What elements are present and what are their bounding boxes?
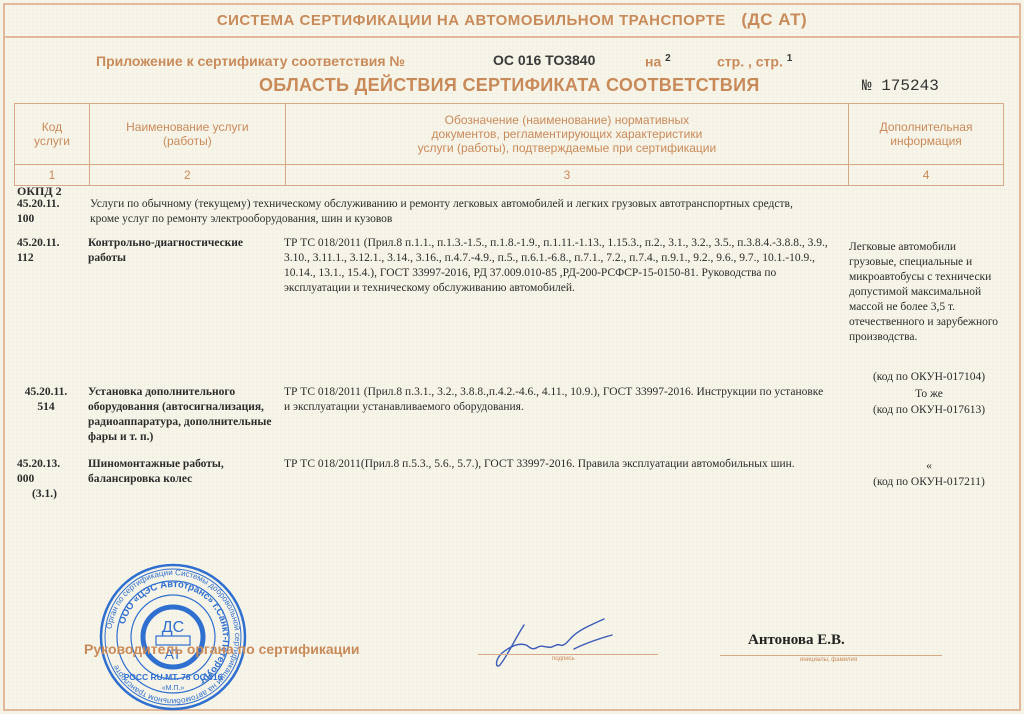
table-row-1-name: Контрольно-диагностические работы <box>88 236 273 266</box>
col3-l2: документов, регламентирующих характерист… <box>287 127 847 141</box>
page-label: стр. , стр. <box>717 54 783 70</box>
table-row-3-docs: ТР ТС 018/2011(Прил.8 п.5.3., 5.6., 5.7.… <box>284 457 824 472</box>
col-header-info: Дополнительная информация <box>849 104 1004 165</box>
appendix-label: Приложение к сертификату соответствия № <box>96 53 405 69</box>
col4-l1: Дополнительная <box>850 120 1002 134</box>
signature-caption: подпись <box>552 656 575 662</box>
col4-l2: информация <box>850 134 1002 148</box>
col-header-docs: Обозначение (наименование) нормативных д… <box>285 104 848 165</box>
table-row-0-code: 45.20.11. 100 <box>17 197 60 227</box>
table-row-2-code: 45.20.11. 514 <box>17 385 75 415</box>
col2-l2: (работы) <box>91 134 284 148</box>
seal-stamp-icon: Орган по сертификации Системы добровольн… <box>98 562 248 712</box>
signature-icon <box>486 617 616 669</box>
col2-l1: Наименование услуги <box>91 120 284 134</box>
table-row-2-info-code: (код по ОКУН-017613) <box>849 403 1009 418</box>
col-header-code: Код услуги <box>15 104 90 165</box>
table-header: Код услуги Наименование услуги (работы) … <box>14 103 1004 186</box>
table-row-1-info-code: (код по ОКУН-017104) <box>849 370 1009 385</box>
system-title: Система сертификации на автомобильном тр… <box>0 10 1024 30</box>
table-row-1-info: Легковые автомобили грузовые, специальны… <box>849 240 999 345</box>
column-number-row: 1 2 3 4 <box>15 165 1004 186</box>
system-title-text: Система сертификации на автомобильном тр… <box>217 12 726 29</box>
col3-l3: услуги (работы), подтверждаемые при серт… <box>287 141 847 155</box>
header-row: Код услуги Наименование услуги (работы) … <box>15 104 1004 165</box>
pages-label: на <box>645 54 661 70</box>
svg-text:ДС: ДС <box>162 619 184 636</box>
code-line1: 45.20.11. <box>17 236 60 251</box>
code-line1: 45.20.11. <box>17 385 75 400</box>
code-line2: 514 <box>17 400 75 415</box>
table-row-2-info: То же <box>849 387 1009 402</box>
col1-l2: услуги <box>16 134 88 148</box>
col3-l1: Обозначение (наименование) нормативных <box>287 113 847 127</box>
col-num-2: 2 <box>89 165 285 186</box>
col-num-3: 3 <box>285 165 848 186</box>
certificate-number: ОС 016 ТО3840 <box>493 52 595 68</box>
code-line1: 45.20.13. <box>17 457 60 472</box>
code-line2: 000 <box>17 472 60 487</box>
scope-title: ОБЛАСТЬ ДЕЙСТВИЯ СЕРТИФИКАТА СООТВЕТСТВИ… <box>259 75 760 96</box>
signature-line <box>478 654 658 655</box>
svg-text:«М.П.»: «М.П.» <box>162 685 185 692</box>
table-row-3-info-code: (код по ОКУН-017211) <box>849 475 1009 490</box>
page-current: стр. , стр. 1 <box>717 53 792 70</box>
code-line3: (3.1.) <box>17 487 60 502</box>
blank-number: № 175243 <box>862 77 939 95</box>
table-row-3-code: 45.20.13. 000 (3.1.) <box>17 457 60 502</box>
pages-total: на 2 <box>645 53 671 70</box>
head-of-body-label: Руководитель органа по сертификации <box>84 641 359 657</box>
col-num-1: 1 <box>15 165 90 186</box>
title-divider <box>5 36 1019 38</box>
signer-name: Антонова Е.В. <box>748 632 845 649</box>
col-header-name: Наименование услуги (работы) <box>89 104 285 165</box>
name-line <box>720 655 942 656</box>
certificate-page: Система сертификации на автомобильном тр… <box>0 0 1024 714</box>
page-current-value: 1 <box>787 53 793 64</box>
code-line1: 45.20.11. <box>17 197 60 212</box>
pages-total-value: 2 <box>665 53 671 64</box>
table-row-0-docs: Услуги по обычному (текущему) техническо… <box>90 197 820 227</box>
table-row-3-info: « <box>849 459 1009 474</box>
col-num-4: 4 <box>849 165 1004 186</box>
table-row-1-docs: ТР ТС 018/2011 (Прил.8 п.1.1., п.1.3.-1.… <box>284 236 834 296</box>
code-line2: 112 <box>17 251 60 266</box>
table-row-1-code: 45.20.11. 112 <box>17 236 60 266</box>
system-abbr: (ДС АТ) <box>741 10 807 29</box>
col1-l1: Код <box>16 120 88 134</box>
table-row-3-name: Шиномонтажные работы, балансировка колес <box>88 457 273 487</box>
table-row-2-docs: ТР ТС 018/2011 (Прил.8 п.3.1., 3.2., 3.8… <box>284 385 829 415</box>
svg-text:РОСС RU.МТ. 78 ОС 016: РОСС RU.МТ. 78 ОС 016 <box>124 672 223 682</box>
table-row-2-name: Установка дополнительного оборудования (… <box>88 385 278 445</box>
name-caption: инициалы, фамилия <box>800 657 857 663</box>
code-line2: 100 <box>17 212 60 227</box>
